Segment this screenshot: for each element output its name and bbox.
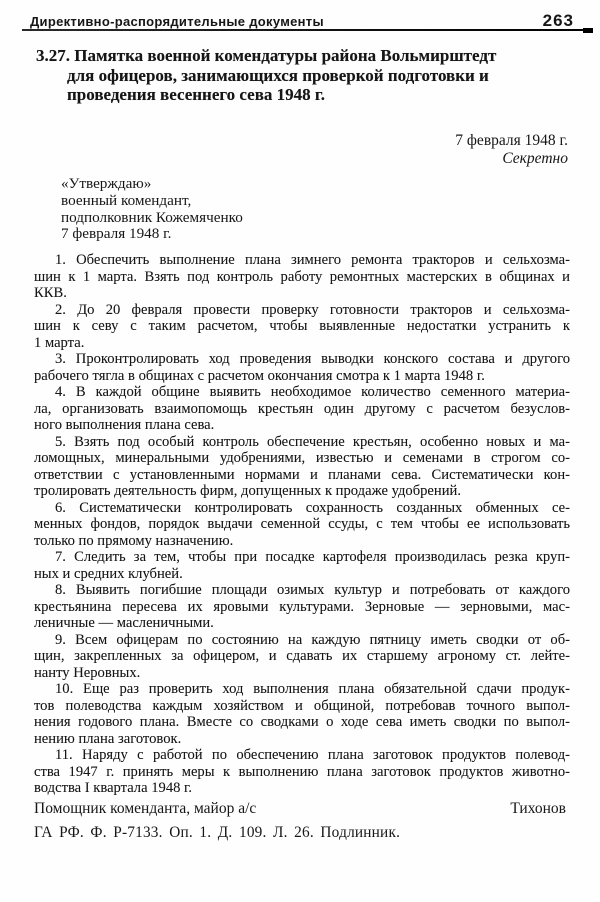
paragraph-line: ответствии с установленными нормами и пл… — [34, 467, 570, 484]
paragraph-line: 8. Выявить погибшие площади озимых культ… — [34, 582, 570, 599]
paragraph-line: рабочего тягла в общинах с расчетом окон… — [34, 368, 570, 385]
paragraph-line: 1 марта. — [34, 335, 570, 352]
paragraph-line: леничные — масленичными. — [34, 615, 570, 632]
paragraph: 10. Еще раз проверить ход выполнения пла… — [34, 681, 570, 747]
archive-reference: ГА РФ. Ф. Р-7133. Оп. 1. Д. 109. Л. 26. … — [34, 824, 400, 842]
paragraph-line: водства I квартала 1948 г. — [34, 780, 570, 797]
paragraph-line: тролировать деятельность фирм, допущенны… — [34, 483, 570, 500]
title-line: для офицеров, занимающихся проверкой под… — [67, 66, 566, 86]
paragraph: 11. Наряду с работой по обеспечению план… — [34, 747, 570, 797]
paragraph-line: ломощных, минеральными удобрениями, изве… — [34, 450, 570, 467]
approval-line: военный комендант, — [61, 193, 243, 210]
paragraph-line: 4. В каждой общине выявить необходимое к… — [34, 384, 570, 401]
header-rule — [22, 29, 592, 31]
paragraph-line: 7. Следить за тем, чтобы при посадке кар… — [34, 549, 570, 566]
approval-block: «Утверждаю»военный комендант,подполковни… — [61, 176, 243, 243]
paragraph-line: щин, закрепленных за офицером, и сдавать… — [34, 648, 570, 665]
paragraph-line: тов полеводства каждым хозяйством и общи… — [34, 698, 570, 715]
document-title: 3.27. Памятка военной комендатуры района… — [36, 46, 566, 105]
paragraph-line: ного выполнения плана сева. — [34, 417, 570, 434]
dateline: 7 февраля 1948 г. — [455, 132, 568, 150]
signature-position: Помощник коменданта, майор а/с — [34, 800, 256, 818]
title-line: проведения весеннего сева 1948 г. — [67, 85, 566, 105]
paragraph: 5. Взять под особый контроль обеспечение… — [34, 434, 570, 500]
paragraph: 6. Систематически контролировать сохранн… — [34, 500, 570, 550]
paragraph: 4. В каждой общине выявить необходимое к… — [34, 384, 570, 434]
paragraph-line: ных и средних клубней. — [34, 566, 570, 583]
paragraph-line: 5. Взять под особый контроль обеспечение… — [34, 434, 570, 451]
paragraph-line: нению плана заготовок. — [34, 731, 570, 748]
page-number: 263 — [543, 11, 574, 31]
paragraph-line: 10. Еще раз проверить ход выполнения пла… — [34, 681, 570, 698]
title-line: 3.27. Памятка военной комендатуры района… — [36, 46, 566, 66]
paragraph-line: шин к севу с таким расчетом, чтобы выявл… — [34, 318, 570, 335]
paragraph: 3. Проконтролировать ход проведения выво… — [34, 351, 570, 384]
paragraph-line: ККВ. — [34, 285, 570, 302]
running-header-title: Директивно-распорядительные документы — [30, 14, 324, 29]
paragraph-line: 6. Систематически контролировать сохранн… — [34, 500, 570, 517]
signature-row: Помощник коменданта, майор а/с Тихонов — [34, 800, 566, 818]
paragraph: 2. До 20 февраля провести проверку готов… — [34, 302, 570, 352]
classification-stamp: Секретно — [502, 150, 568, 168]
paragraph-line: 2. До 20 февраля провести проверку готов… — [34, 302, 570, 319]
paragraph: 9. Всем офицерам по состоянию на каждую … — [34, 632, 570, 682]
paragraph: 8. Выявить погибшие площади озимых культ… — [34, 582, 570, 632]
signature-name: Тихонов — [510, 800, 566, 818]
paragraph-line: нения годового плана. Вместе со сводками… — [34, 714, 570, 731]
approval-line: «Утверждаю» — [61, 176, 243, 193]
document-body: 1. Обеспечить выполнение плана зимнего р… — [34, 252, 570, 797]
paragraph-line: ства 1947 г. принять меры к выполнению п… — [34, 764, 570, 781]
paragraph-line: 11. Наряду с работой по обеспечению план… — [34, 747, 570, 764]
paragraph-line: 9. Всем офицерам по состоянию на каждую … — [34, 632, 570, 649]
paragraph-line: нанту Неровных. — [34, 665, 570, 682]
paragraph-line: 3. Проконтролировать ход проведения выво… — [34, 351, 570, 368]
header-rule-tip — [583, 28, 593, 33]
paragraph-line: крестьянина пересева их яровыми культура… — [34, 599, 570, 616]
paragraph-line: менных фондов, порядок выдачи семенной с… — [34, 516, 570, 533]
paragraph: 7. Следить за тем, чтобы при посадке кар… — [34, 549, 570, 582]
paragraph-line: 1. Обеспечить выполнение плана зимнего р… — [34, 252, 570, 269]
paragraph-line: шин к 1 марта. Взять под контроль работу… — [34, 269, 570, 286]
approval-line: подполковник Кожемяченко — [61, 210, 243, 227]
paragraph: 1. Обеспечить выполнение плана зимнего р… — [34, 252, 570, 302]
approval-line: 7 февраля 1948 г. — [61, 226, 243, 243]
running-header: Директивно-распорядительные документы 26… — [30, 11, 574, 31]
paragraph-line: ла, организовать взаимопомощь крестьян о… — [34, 401, 570, 418]
document-page: Директивно-распорядительные документы 26… — [0, 0, 600, 902]
paragraph-line: только по прямому назначению. — [34, 533, 570, 550]
